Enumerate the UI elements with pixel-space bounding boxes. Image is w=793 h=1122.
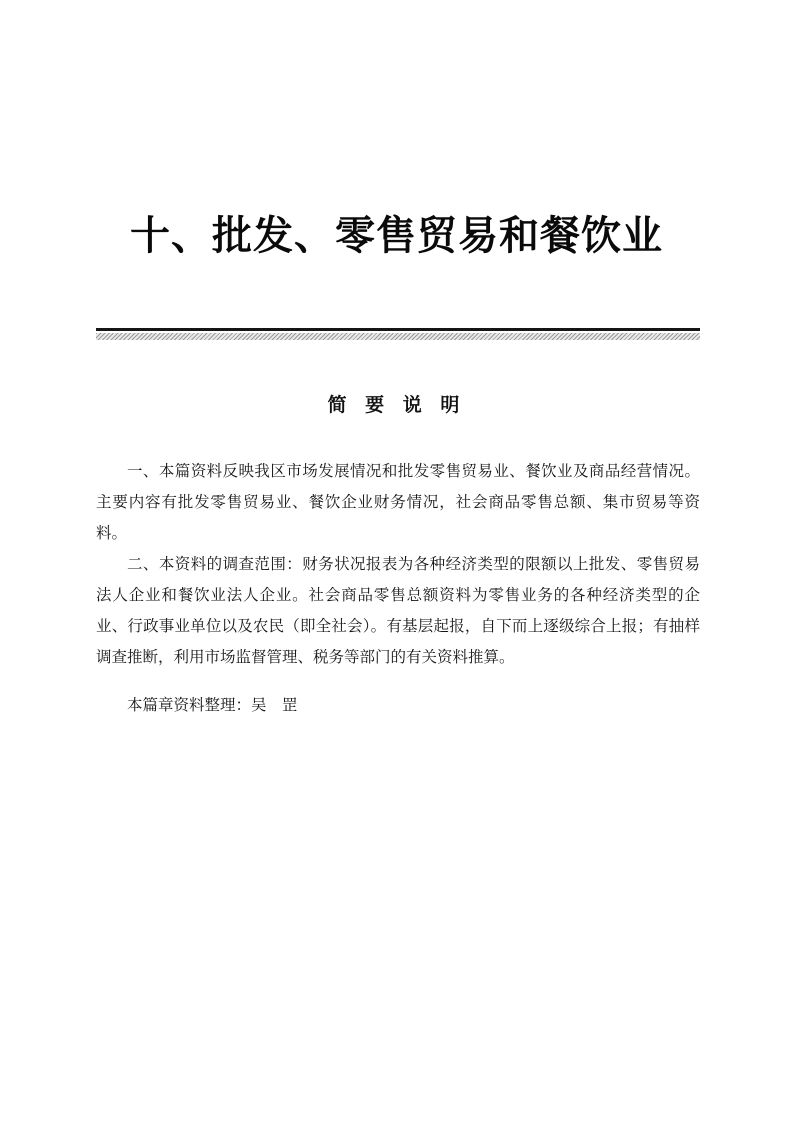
brief-paragraph-2: 二、本资料的调查范围：财务状况报表为各种经济类型的限额以上批发、零售贸易法人企业…	[96, 549, 700, 673]
divider-top-rule	[96, 328, 700, 331]
section-divider	[96, 328, 700, 340]
compiler-line: 本篇章资料整理：吴 罡	[96, 690, 700, 721]
document-page: 十、批发、零售贸易和餐饮业 简 要 说 明 一、本篇资料反映我区市场发展情况和批…	[0, 0, 793, 1122]
brief-heading: 简 要 说 明	[0, 390, 793, 417]
divider-hatch-band	[96, 333, 700, 340]
brief-paragraph-1: 一、本篇资料反映我区市场发展情况和批发零售贸易业、餐饮业及商品经营情况。主要内容…	[96, 456, 700, 549]
chapter-title: 十、批发、零售贸易和餐饮业	[0, 0, 793, 258]
